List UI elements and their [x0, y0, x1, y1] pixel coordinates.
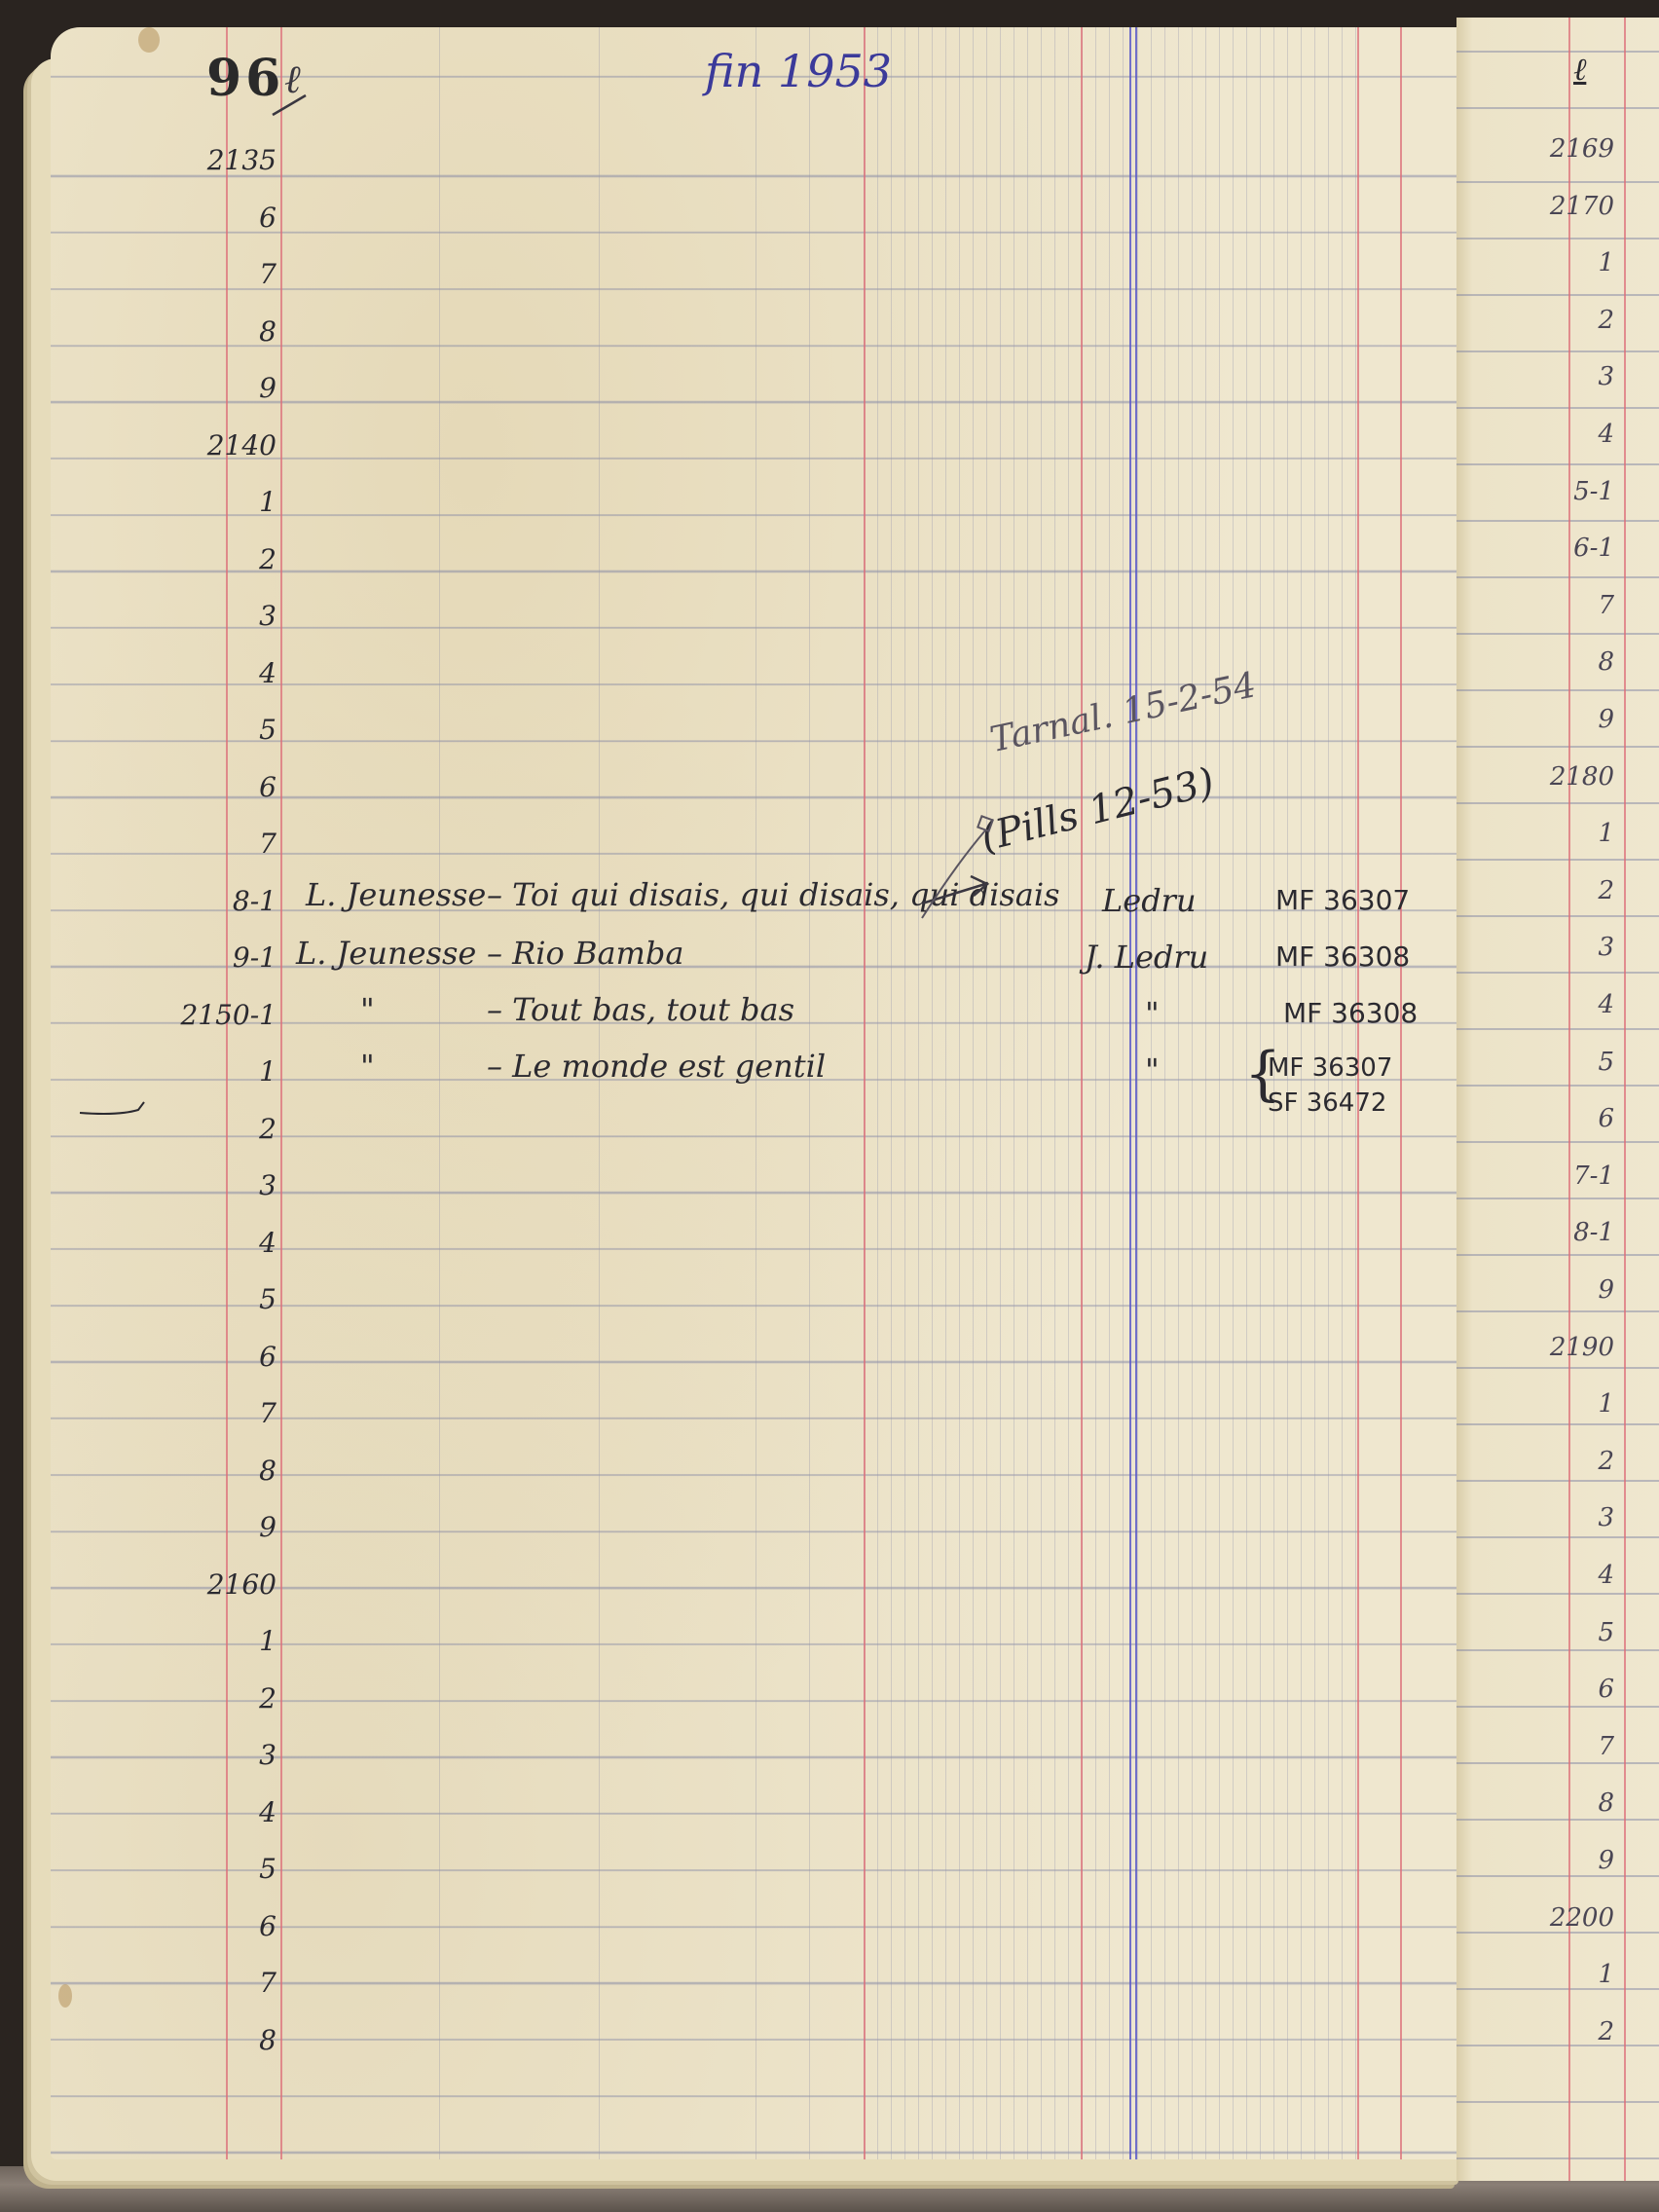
row-number: 3 [160, 600, 276, 632]
margin-rule-red [1624, 18, 1626, 2181]
right-row-number: 4 [1507, 990, 1614, 1019]
right-row-number: 7 [1507, 1732, 1614, 1761]
right-row-number: 7 [1507, 591, 1614, 620]
right-row-number: 7-1 [1507, 1161, 1614, 1191]
column-rule-red [1081, 27, 1083, 2159]
row-number: 5 [160, 1283, 276, 1315]
right-row-number: 6-1 [1507, 534, 1614, 563]
right-row-number: 8 [1507, 1788, 1614, 1818]
row-number: 2160 [160, 1568, 276, 1601]
entry-artist: " [1145, 1051, 1160, 1088]
entry-title: – Rio Bamba [487, 935, 683, 972]
date-heading: fin 1953 [705, 45, 892, 97]
entry-artist: " [1145, 995, 1160, 1032]
row-number: 7 [160, 828, 276, 860]
column-rule [809, 27, 810, 2159]
row-number: 9 [160, 1511, 276, 1543]
column-rule [439, 27, 440, 2159]
row-number: 1 [160, 1055, 276, 1088]
entry-label: " [360, 1048, 375, 1085]
right-row-number: 2180 [1507, 762, 1614, 792]
right-page-letter: ℓ [1573, 51, 1586, 88]
row-number: 1 [160, 486, 276, 518]
column-rule [756, 27, 756, 2159]
row-number: 4 [160, 1796, 276, 1828]
row-number: 2140 [160, 429, 276, 461]
right-row-number: 9 [1507, 705, 1614, 734]
column-rule [599, 27, 600, 2159]
row-number: 4 [160, 1227, 276, 1259]
column-rule-red [864, 27, 866, 2159]
row-number: 5 [160, 714, 276, 746]
entry-artist: Ledru [1102, 882, 1197, 919]
dense-grid [864, 27, 1131, 2159]
right-row-number: 5 [1507, 1618, 1614, 1647]
right-row-number: 2169 [1507, 134, 1614, 164]
right-row-number: 2190 [1507, 1333, 1614, 1362]
right-row-number: 2 [1507, 306, 1614, 335]
row-number: 6 [160, 771, 276, 803]
right-row-number: 6 [1507, 1104, 1614, 1133]
right-row-number: 1 [1507, 1389, 1614, 1419]
right-row-number: 1 [1507, 819, 1614, 848]
row-number: 8 [160, 1455, 276, 1487]
stain [138, 27, 160, 53]
left-page: 96 ℓ fin 1953 21356789214012345678-19-12… [51, 27, 1460, 2159]
row-number: 7 [160, 258, 276, 290]
entry-ref: MF 36308 [1283, 997, 1418, 1029]
page-number: 96 [206, 49, 284, 108]
right-page: ℓ 2169217012345-16-178921801234567-18-19… [1456, 18, 1659, 2181]
row-number: 3 [160, 1169, 276, 1201]
right-row-number: 2200 [1507, 1903, 1614, 1933]
entry-ref: MF 36307 [1275, 884, 1410, 916]
entry-title: – Le monde est gentil [487, 1048, 826, 1085]
entry-label: " [360, 991, 375, 1028]
row-number: 8-1 [160, 885, 276, 917]
column-rule-blue [1129, 27, 1131, 2159]
entry-label: L. Jeunesse [306, 876, 486, 913]
right-row-number: 5 [1507, 1048, 1614, 1077]
row-number: 2 [160, 1113, 276, 1145]
stain [58, 1984, 72, 2008]
right-row-number: 4 [1507, 1561, 1614, 1590]
right-row-number: 2170 [1507, 192, 1614, 221]
right-row-number: 1 [1507, 248, 1614, 277]
row-number: 7 [160, 1967, 276, 1999]
row-number: 1 [160, 1625, 276, 1657]
right-row-number: 2 [1507, 876, 1614, 905]
row-number: 8 [160, 2024, 276, 2056]
row-number: 5 [160, 1853, 276, 1885]
right-row-number: 3 [1507, 933, 1614, 962]
row-number: 6 [160, 202, 276, 234]
row-number: 6 [160, 1910, 276, 1942]
entry-label: L. Jeunesse [296, 935, 476, 972]
row-number: 3 [160, 1739, 276, 1771]
row-number: 2 [160, 1682, 276, 1714]
entry-ref: MF 36308 [1275, 940, 1410, 973]
row-number: 2150-1 [160, 999, 276, 1031]
entry-ref-secondary: SF 36472 [1268, 1088, 1386, 1118]
margin-rule-red [226, 27, 228, 2159]
row-number: 9 [160, 372, 276, 404]
right-row-number: 9 [1507, 1846, 1614, 1875]
row-number: 6 [160, 1341, 276, 1373]
right-row-number: 2 [1507, 2017, 1614, 2046]
margin-rule-red [280, 27, 282, 2159]
entry-ref: MF 36307 [1268, 1053, 1392, 1083]
page-letter: ℓ [284, 56, 301, 102]
right-row-number: 2 [1507, 1447, 1614, 1476]
right-row-number: 8 [1507, 647, 1614, 677]
entry-artist: J. Ledru [1085, 939, 1208, 976]
right-row-number: 3 [1507, 362, 1614, 391]
column-rule-red [1400, 27, 1402, 2159]
row-number: 8 [160, 315, 276, 348]
right-row-number: 6 [1507, 1675, 1614, 1704]
row-number: 7 [160, 1397, 276, 1429]
entry-title: – Toi qui disais, qui disais, qui disais [487, 876, 1060, 913]
row-number: 4 [160, 657, 276, 689]
right-row-number: 3 [1507, 1503, 1614, 1532]
row-number: 9-1 [160, 941, 276, 974]
entry-title: – Tout bas, tout bas [487, 991, 794, 1028]
right-row-number: 9 [1507, 1275, 1614, 1305]
row-number: 2135 [160, 144, 276, 176]
right-row-number: 1 [1507, 1960, 1614, 1989]
right-row-number: 5-1 [1507, 477, 1614, 506]
right-row-number: 8-1 [1507, 1218, 1614, 1247]
row-number: 2 [160, 543, 276, 575]
right-row-number: 4 [1507, 420, 1614, 449]
